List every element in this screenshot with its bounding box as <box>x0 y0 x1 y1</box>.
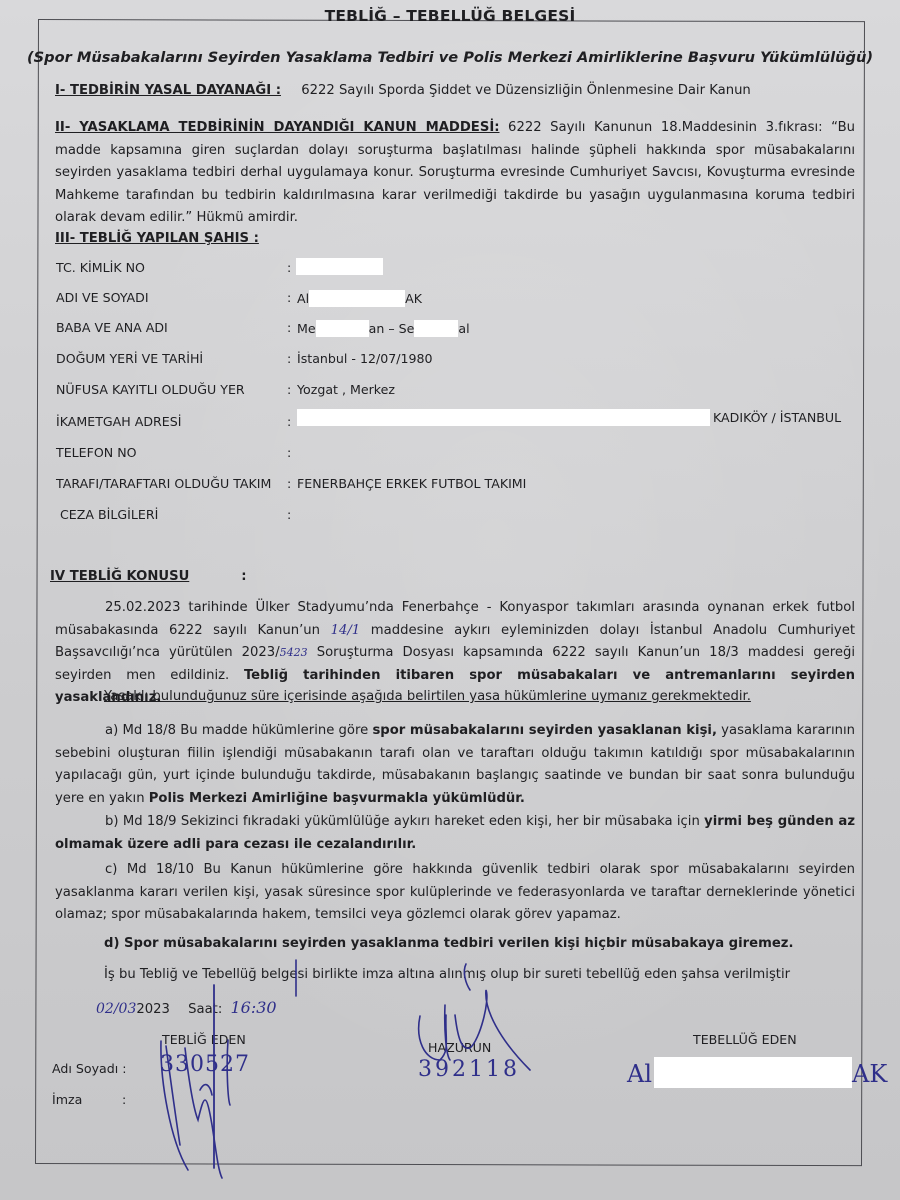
document-page: TEBLİĞ – TEBELLÜĞ BELGESİ (Spor Müsabaka… <box>0 0 900 1200</box>
signature-strokes <box>0 0 900 1200</box>
